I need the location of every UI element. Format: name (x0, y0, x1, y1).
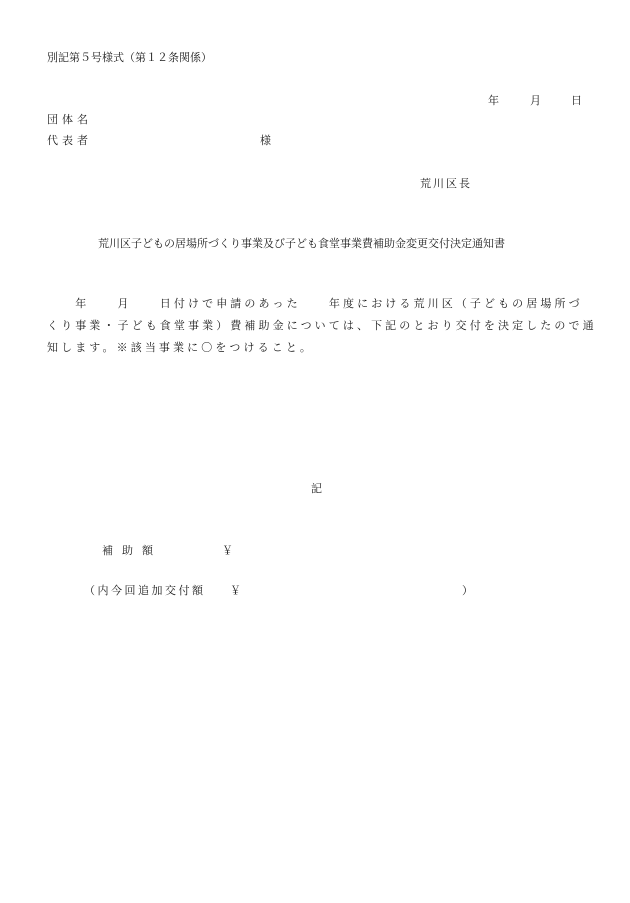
ki-heading: 記 (311, 483, 322, 494)
form-identifier: 別記第５号様式（第１２条関係） (47, 52, 212, 63)
date-month-label: 月 (530, 95, 541, 106)
body-text-line-2: くり事業・子ども食堂事業）費補助金については、下記のとおり交付を決定したので通 (47, 320, 597, 331)
issuer-name: 荒川区長 (420, 178, 472, 189)
additional-yen-symbol: ￥ (230, 585, 241, 596)
additional-amount-label: （内今回追加交付額 (84, 585, 206, 596)
subsidy-amount-label: 補助額 (102, 545, 162, 556)
body-text-line-1: 年 月 日付けで申請のあった 年度における荒川区（子どもの居場所づ (47, 298, 583, 309)
date-year-label: 年 (488, 95, 499, 106)
body-text-line-3: 知します。※該当事業に〇をつけること。 (47, 342, 314, 353)
organization-name-label: 団体名 (47, 114, 92, 125)
honorific-sama: 様 (260, 135, 271, 146)
subsidy-yen-symbol: ￥ (222, 545, 233, 556)
additional-close-paren: ） (462, 585, 473, 596)
representative-label: 代表者 (47, 135, 92, 146)
document-title: 荒川区子どもの居場所づくり事業及び子ども食堂事業費補助金変更交付決定通知書 (98, 238, 505, 249)
date-day-label: 日 (571, 95, 582, 106)
